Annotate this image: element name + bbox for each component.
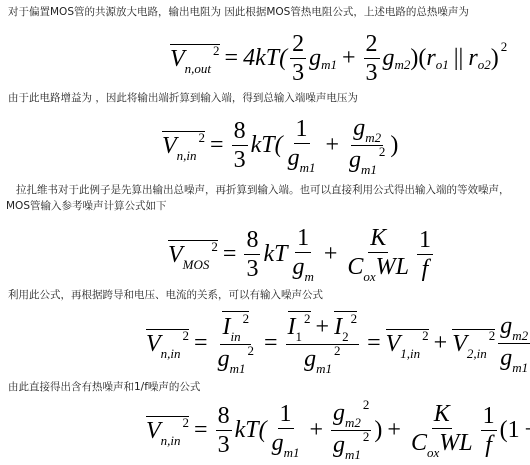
overline-lhs: Vn,in2 xyxy=(162,131,205,160)
superscript: 2 xyxy=(363,423,370,451)
numerator: I12+I22 xyxy=(286,311,360,345)
var-v: V xyxy=(162,133,177,160)
fraction: KCoxWL xyxy=(345,224,411,284)
var-r: r xyxy=(468,45,477,72)
plus-sign: + xyxy=(342,45,356,72)
denominator: gm12 xyxy=(302,345,342,376)
fraction: 23 xyxy=(290,30,306,87)
subscript: n,in xyxy=(161,433,181,449)
var-c: C xyxy=(347,253,363,281)
numerator: 2 xyxy=(364,30,380,59)
fraction: gm22gm12 xyxy=(331,399,371,462)
superscript: 2 xyxy=(422,328,429,344)
denominator: gm1 xyxy=(286,144,318,175)
equals-sign: = xyxy=(194,417,208,444)
overline: I12 xyxy=(288,311,311,344)
plus-sign: + xyxy=(525,417,530,444)
subscript: m2 xyxy=(512,322,528,350)
denominator: 3 xyxy=(244,255,260,283)
subscript: n,in xyxy=(161,346,181,362)
paragraph-output-noise-intro: 对于偏置MOS管的共源放大电路，输出电阻为 因此根据MOS管热电阻公式，上述电路… xyxy=(8,4,469,20)
fraction: 1f xyxy=(481,402,497,459)
paragraph-gain-intro: 由于此电路增益为 ，因此将输出端折算到输入端，得到总输入端噪声电压为 xyxy=(8,90,358,106)
fraction: gm2gm12 xyxy=(347,114,387,177)
denominator: f xyxy=(420,255,431,283)
equals-sign: = xyxy=(194,330,208,357)
var-i: I xyxy=(288,313,296,341)
formula-input-noise-voltage: Vn,in2 = 83 kT( 1gm1 + gm2gm12 ) xyxy=(162,112,398,178)
fraction: I12+I22gm12 xyxy=(286,311,360,376)
fraction: 83 xyxy=(232,117,248,174)
overline-lhs: VMOS2 xyxy=(168,240,218,269)
fraction: 1gm1 xyxy=(270,400,302,460)
denominator: CoxWL xyxy=(345,253,411,284)
var-g: g xyxy=(272,429,284,457)
overline-lhs: Vn,in2 xyxy=(146,329,189,358)
paren: ) xyxy=(374,417,382,444)
var-i: I xyxy=(222,313,230,341)
paragraph-total-noise-intro: 由此直接得出含有热噪声和1/f噪声的公式 xyxy=(8,379,200,395)
subscript: MOS xyxy=(183,257,210,273)
var-v: V xyxy=(386,331,401,358)
subscript: m2 xyxy=(395,57,411,73)
var-g: g xyxy=(353,114,365,142)
subscript: 2,in xyxy=(467,346,487,362)
paren: (1 xyxy=(500,417,520,444)
var-g: g xyxy=(309,45,321,72)
var-wl: WL xyxy=(439,429,472,457)
superscript: 2 xyxy=(363,391,370,419)
superscript: 2 xyxy=(211,239,218,255)
superscript: 2 xyxy=(199,130,206,146)
denominator: f xyxy=(483,431,494,459)
paren: ) xyxy=(491,45,499,72)
equals-sign: = xyxy=(367,330,381,357)
superscript: 2 xyxy=(213,43,220,59)
subscript: ox xyxy=(427,439,439,465)
superscript: 2 xyxy=(334,337,341,365)
superscript: 2 xyxy=(304,305,311,333)
superscript: 2 xyxy=(247,337,254,365)
denominator: CoxWL xyxy=(409,429,475,460)
denominator: 3 xyxy=(364,59,380,87)
var-g: g xyxy=(500,344,512,372)
numerator: 1 xyxy=(417,226,433,255)
plus-sign: + xyxy=(387,417,401,444)
subscript: n,in xyxy=(177,148,197,164)
superscript: 2 xyxy=(243,305,250,333)
fraction: 23 xyxy=(364,30,380,87)
denominator: gm1 xyxy=(270,429,302,460)
subscript: m1 xyxy=(361,156,377,184)
denominator: 3 xyxy=(232,146,248,174)
fraction: 1f xyxy=(417,226,433,283)
var-g: g xyxy=(218,345,230,373)
fraction: 1gm xyxy=(290,224,315,284)
fraction: gm22gm12 xyxy=(498,312,530,375)
var-v: V xyxy=(452,331,467,358)
superscript: 2 xyxy=(501,39,508,55)
numerator: 1 xyxy=(481,402,497,431)
var-g: g xyxy=(500,312,512,340)
subscript: m2 xyxy=(345,409,361,437)
fraction: 83 xyxy=(244,226,260,283)
formula-total-thermal-and-flicker-noise: Vn,in2 = 83 kT( 1gm1 + gm22gm12 ) + KCox… xyxy=(146,398,530,462)
paren: ) xyxy=(390,132,398,159)
subscript: 2 xyxy=(342,323,349,351)
subscript: 1,in xyxy=(400,346,420,362)
numerator: 1 xyxy=(294,115,310,144)
var-v: V xyxy=(170,46,185,73)
subscript: m1 xyxy=(345,441,361,465)
equals-sign: = xyxy=(223,241,237,268)
subscript: o1 xyxy=(436,57,449,73)
numerator: 8 xyxy=(232,117,248,146)
kt-term: kT( xyxy=(235,417,267,444)
numerator: 1 xyxy=(278,400,294,429)
var-wl: WL xyxy=(376,253,409,281)
subscript: n,out xyxy=(185,61,211,77)
paren: )( xyxy=(410,45,426,72)
numerator: K xyxy=(368,224,388,253)
overline-lhs: Vn,out2 xyxy=(170,44,220,73)
overline: V1,in2 xyxy=(386,329,429,358)
equals-sign: = xyxy=(264,330,278,357)
subscript: o2 xyxy=(478,57,491,73)
equals-sign: = xyxy=(210,132,224,159)
subscript: m1 xyxy=(316,355,332,383)
kt-term: kT xyxy=(263,241,287,268)
subscript: 1 xyxy=(296,323,303,351)
var-r: r xyxy=(426,45,435,72)
numerator: gm22 xyxy=(498,312,530,344)
var-g: g xyxy=(292,253,304,281)
var-g: g xyxy=(333,399,345,427)
plus-sign: + xyxy=(309,417,323,444)
paragraph-input-noise-intro: 利用此公式，再根据跨导和电压、电流的关系，可以有输入噪声公式 xyxy=(8,287,323,303)
subscript: m1 xyxy=(300,154,316,182)
subscript: in xyxy=(230,323,240,351)
var-v: V xyxy=(146,331,161,358)
var-v: V xyxy=(146,418,161,445)
plus-sign: + xyxy=(324,241,338,268)
fraction: Iin2gm12 xyxy=(216,311,256,376)
overline: V2,in2 xyxy=(452,329,495,358)
subscript: ox xyxy=(363,263,375,291)
var-g: g xyxy=(304,345,316,373)
plus-sign: + xyxy=(316,313,330,341)
subscript: m1 xyxy=(321,57,337,73)
numerator: 1 xyxy=(295,224,311,253)
coefficient: 4kT( xyxy=(243,45,287,72)
var-g: g xyxy=(383,45,395,72)
paragraph-razavi-note: 拉扎维书对于此例子是先算出输出总噪声，再折算到输入端。也可以直接利用公式得出输入… xyxy=(6,182,521,214)
var-c: C xyxy=(411,429,427,457)
superscript: 2 xyxy=(183,328,190,344)
formula-input-noise-decomposition: Vn,in2 = Iin2gm12 = I12+I22gm12 = V1,in2… xyxy=(146,308,530,378)
subscript: m1 xyxy=(512,354,528,382)
numerator: K xyxy=(432,400,452,429)
fraction: 83 xyxy=(216,402,232,459)
plus-sign: + xyxy=(434,330,448,357)
var-g: g xyxy=(333,431,345,459)
numerator: 2 xyxy=(290,30,306,59)
var-g: g xyxy=(288,144,300,172)
superscript: 2 xyxy=(489,328,496,344)
denominator: 3 xyxy=(290,59,306,87)
equals-sign: = xyxy=(225,45,239,72)
parallel-sign: || xyxy=(454,45,464,72)
superscript: 2 xyxy=(351,305,358,333)
var-v: V xyxy=(168,242,183,269)
fraction: KCoxWL xyxy=(409,400,475,460)
superscript: 2 xyxy=(379,138,386,166)
subscript: m1 xyxy=(284,439,300,465)
subscript: m1 xyxy=(230,355,246,383)
denominator: 3 xyxy=(216,431,232,459)
var-g: g xyxy=(349,146,361,174)
denominator: gm xyxy=(290,253,315,284)
superscript: 2 xyxy=(183,415,190,431)
numerator: 8 xyxy=(244,226,260,255)
numerator: 8 xyxy=(216,402,232,431)
overline-lhs: Vn,in2 xyxy=(146,416,189,445)
formula-mos-input-referred-noise: VMOS2 = 83 kT 1gm + KCoxWL 1f xyxy=(168,222,436,286)
fraction: 1gm1 xyxy=(286,115,318,175)
plus-sign: + xyxy=(325,132,339,159)
kt-term: kT( xyxy=(251,132,283,159)
formula-output-thermal-noise: Vn,out2 = 4kT( 23 gm1 + 23 gm2 )( ro1 ||… xyxy=(170,32,507,84)
overline: Iin2 xyxy=(222,311,249,344)
